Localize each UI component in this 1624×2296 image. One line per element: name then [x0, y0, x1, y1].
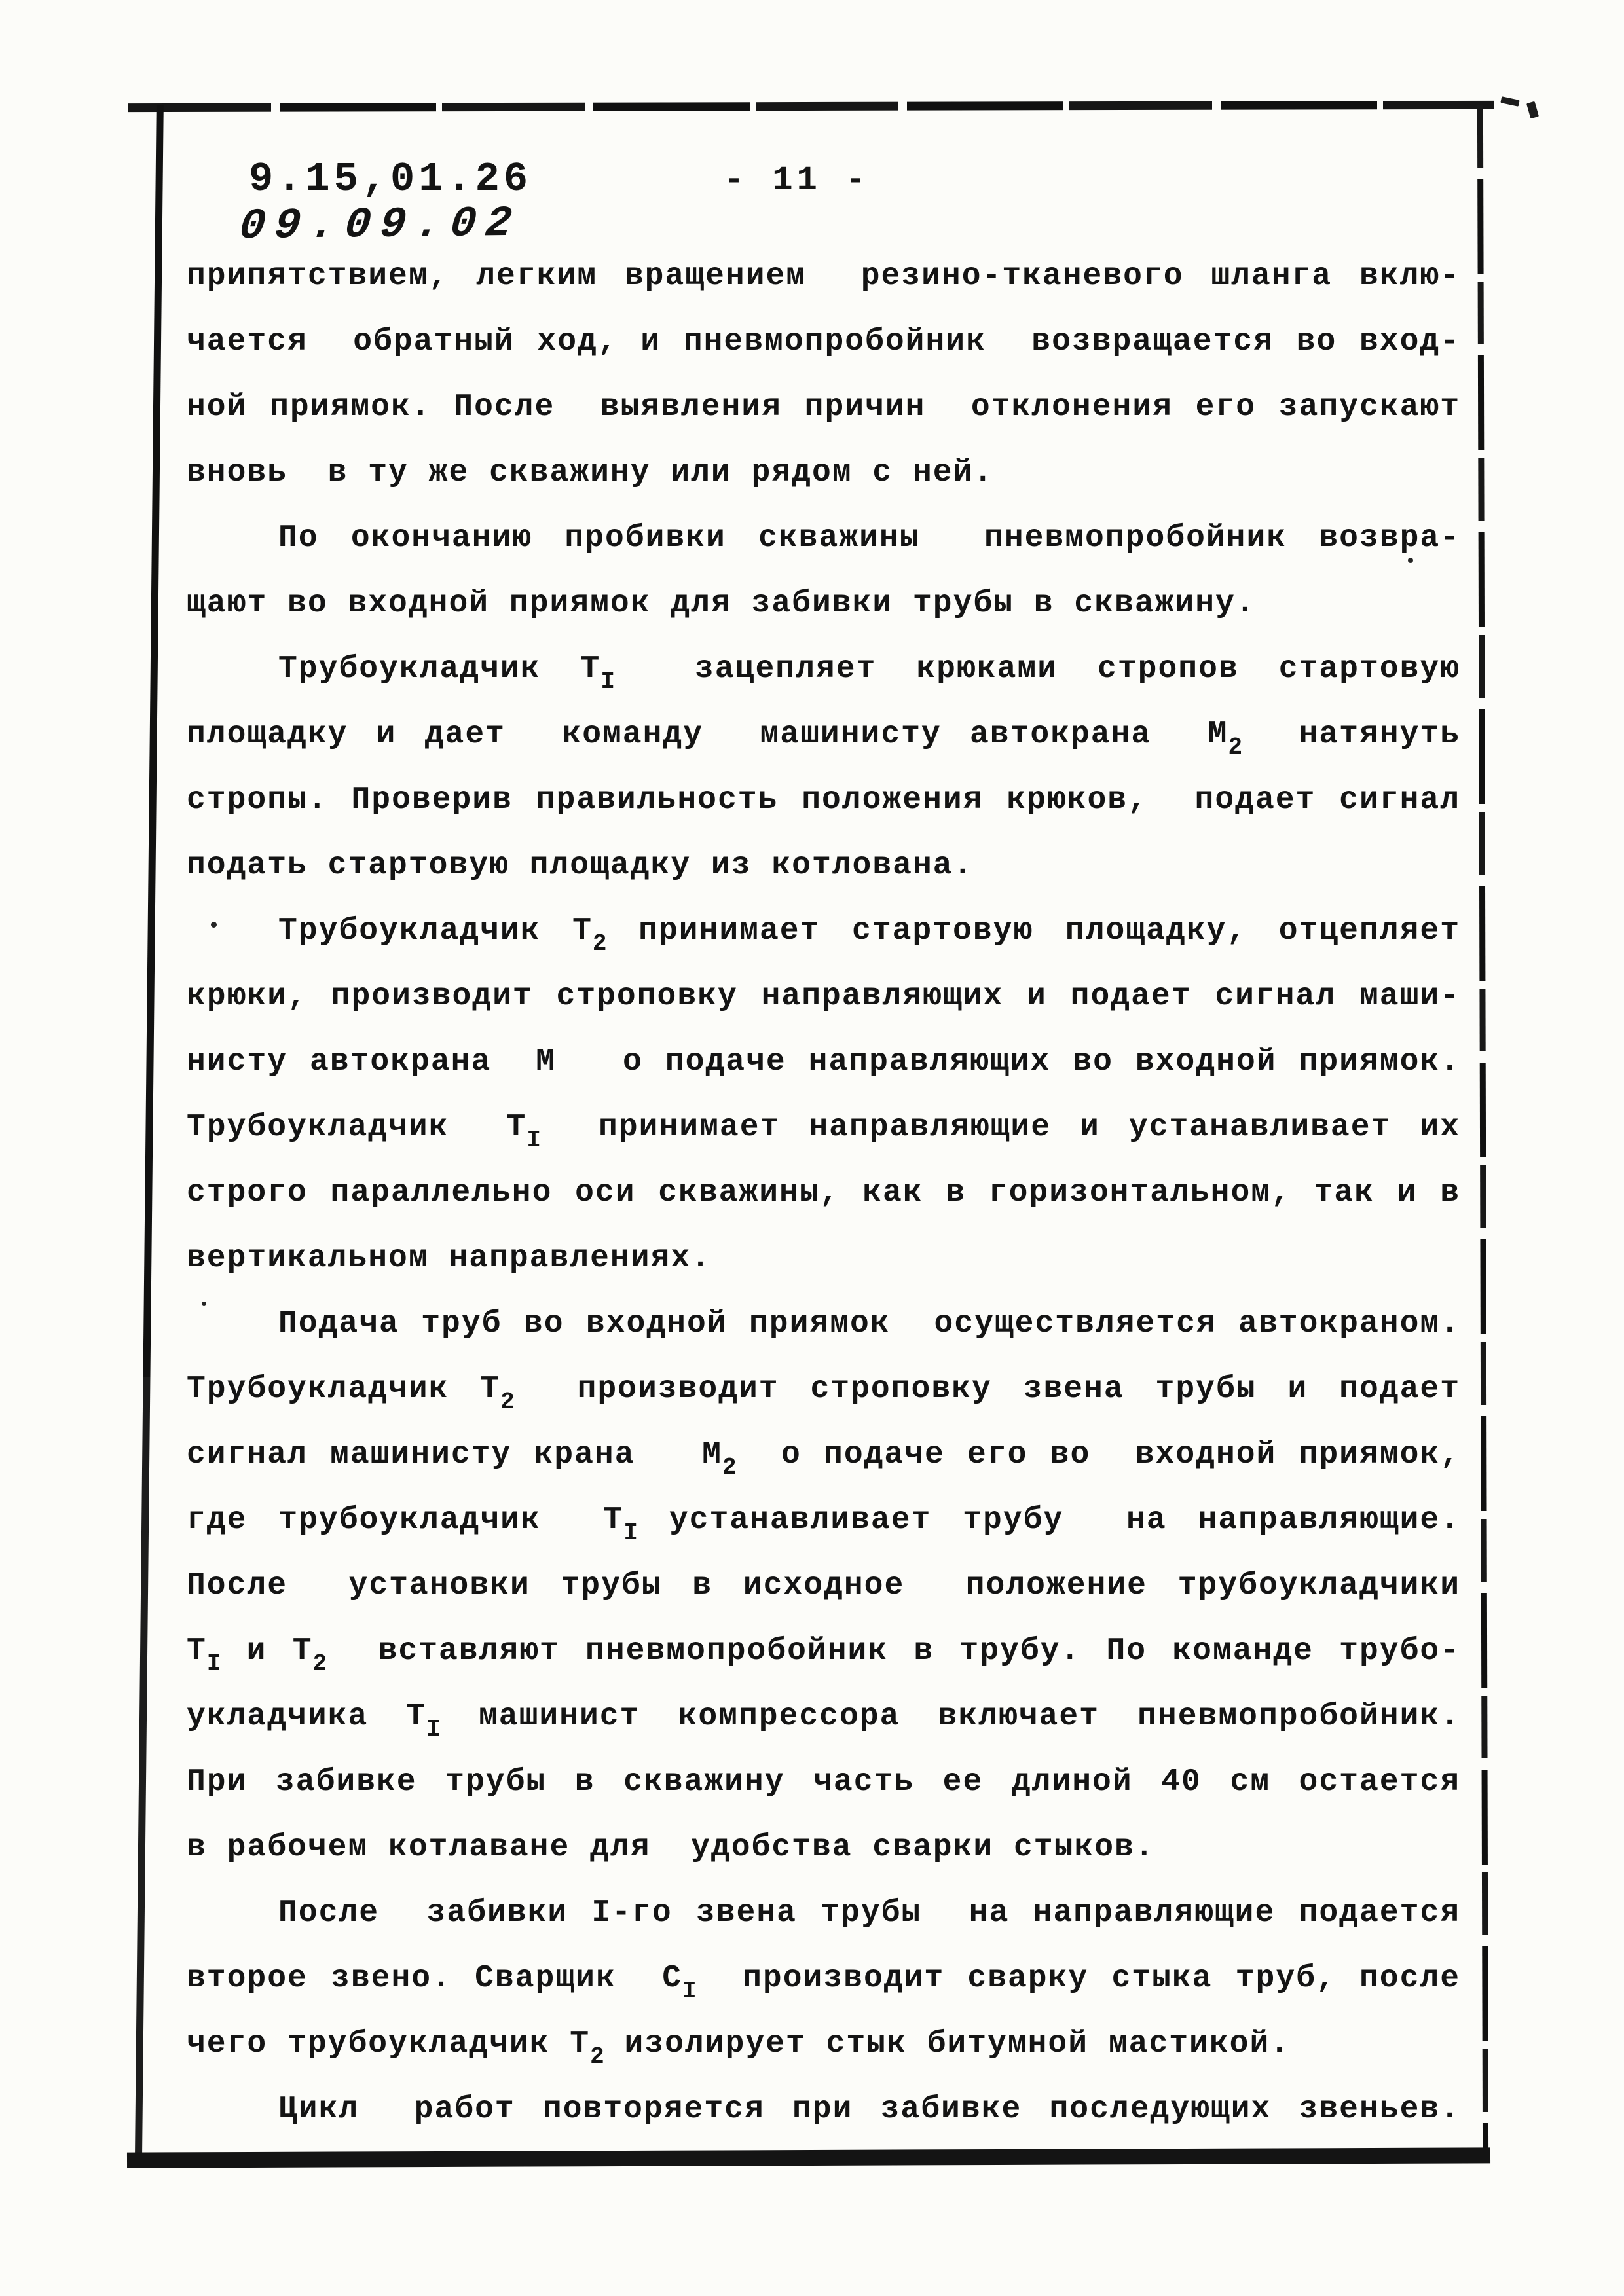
- subscript: I: [526, 1127, 541, 1154]
- text-line: в рабочем котлаване для удобства сварки …: [187, 1815, 1460, 1880]
- text-line: укладчика ТI машинист компрессора включа…: [187, 1684, 1460, 1749]
- text-line: второе звено. Сварщик СI производит свар…: [187, 1946, 1460, 2011]
- text-line: строго параллельно оси скважины, как в г…: [187, 1160, 1460, 1226]
- subscript: I: [426, 1716, 441, 1743]
- text-line: площадку и дает команду машинисту автокр…: [187, 702, 1460, 767]
- text-line: припятствием, легким вращением резино-тк…: [187, 244, 1460, 309]
- scanned-page: 9.15,01.26 09.09.02 - 11 - припятствием,…: [0, 0, 1624, 2296]
- text-line: После установки трубы в исходное положен…: [187, 1553, 1460, 1618]
- subscript: I: [600, 668, 615, 695]
- text-line: вновь в ту же скважину или рядом с ней.: [187, 440, 1460, 505]
- text-line: Трубоукладчик Т2 принимает стартовую пло…: [187, 898, 1460, 964]
- text-line: Цикл работ повторяется при забивке после…: [187, 2077, 1460, 2142]
- subscript: I: [682, 1978, 697, 2005]
- text-line: При забивке трубы в скважину часть ее дл…: [187, 1749, 1460, 1815]
- subscript: I: [207, 1650, 221, 1677]
- subscript: 2: [500, 1389, 515, 1415]
- page-border-bottom: [127, 2147, 1490, 2168]
- text-line: крюки, производит строповку направляющих…: [187, 964, 1460, 1029]
- page-border-top: [128, 101, 1494, 112]
- text-line: По окончанию пробивки скважины пневмопро…: [187, 505, 1460, 571]
- text-line: Трубоукладчик ТI зацепляет крюками строп…: [187, 636, 1460, 702]
- page-number: - 11 -: [724, 161, 870, 200]
- text-line: Трубоукладчик Т2 производит строповку зв…: [187, 1357, 1460, 1422]
- text-line: стропы. Проверив правильность положения …: [187, 767, 1460, 833]
- subscript: 2: [313, 1650, 327, 1677]
- text-line: После забивки I-го звена трубы на направ…: [187, 1880, 1460, 1946]
- scan-artifact: [1526, 101, 1539, 119]
- text-line: чается обратный ход, и пневмопробойник в…: [187, 309, 1460, 374]
- document-number: 9.15,01.26: [249, 156, 532, 202]
- subscript: 2: [722, 1454, 737, 1481]
- text-line: щают во входной приямок для забивки труб…: [187, 571, 1460, 636]
- text-line: Подача труб во входной приямок осуществл…: [187, 1291, 1460, 1357]
- subscript: I: [623, 1520, 638, 1546]
- text-line: нисту автокрана М о подаче направляющих …: [187, 1029, 1460, 1095]
- text-line: сигнал машинисту крана М2 о подаче его в…: [187, 1422, 1460, 1487]
- page-border-right: [1477, 105, 1488, 2157]
- text-line: ной приямок. После выявления причин откл…: [187, 374, 1460, 440]
- text-line: подать стартовую площадку из котлована.: [187, 833, 1460, 898]
- document-body: припятствием, легким вращением резино-тк…: [187, 244, 1460, 2142]
- text-line: вертикальном направлениях.: [187, 1226, 1460, 1291]
- text-line: чего трубоукладчик Т2 изолирует стык бит…: [187, 2011, 1460, 2077]
- subscript: 2: [1228, 734, 1243, 761]
- text-line: Трубоукладчик ТI принимает направляющие …: [187, 1095, 1460, 1160]
- text-line: где трубоукладчик ТI устанавливает трубу…: [187, 1487, 1460, 1553]
- page-border-left: [135, 105, 164, 2157]
- text-line: ТI и Т2 вставляют пневмопробойник в труб…: [187, 1618, 1460, 1684]
- scan-artifact: [1500, 96, 1519, 107]
- subscript: 2: [593, 930, 607, 957]
- subscript: 2: [590, 2043, 604, 2070]
